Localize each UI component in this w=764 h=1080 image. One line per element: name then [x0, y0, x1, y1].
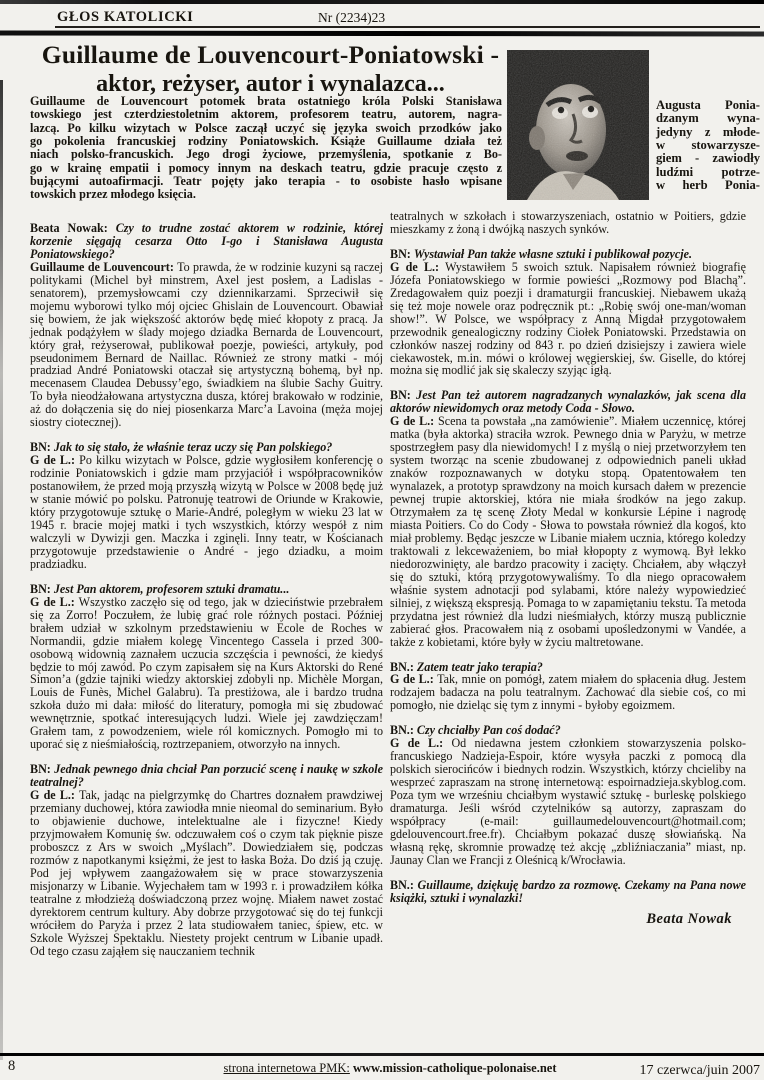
interview-right-column: teatralnych w szkołach i stowarzyszeniac… [390, 210, 746, 926]
answer-text: Scena ta powstała „na zamówienie”. Miałe… [390, 414, 746, 648]
masthead-title: GŁOS KATOLICKI [57, 9, 193, 26]
question-speaker: BN.: [390, 660, 414, 674]
question-speaker: BN.: [390, 878, 414, 892]
answer-text: Tak, mnie on pomógł, zatem miałem do spł… [390, 672, 746, 712]
answer-5: G de L.: Wystawiłem 5 swoich sztuk. Napi… [390, 261, 746, 378]
answer-speaker: G de L.: [30, 453, 75, 467]
newspaper-page: GŁOS KATOLICKI Nr (2234)23 Guillaume de … [0, 0, 764, 1080]
footer-rule [0, 1053, 764, 1056]
question-text: Guillaume, dziękuję bardzo za rozmowę. C… [390, 878, 746, 905]
answer-speaker: Guillaume de Louvencourt: [30, 260, 174, 274]
question-speaker: BN: [390, 247, 411, 261]
photo-caption: Augusta Ponia- dzanym wyna- jedyny z mło… [656, 99, 760, 192]
scan-artifact-left-edge [0, 80, 3, 1060]
answer-text: teatralnych w szkołach i stowarzyszeniac… [390, 209, 746, 236]
intro-paragraph-last-line: towskich przez młodego księcia. [30, 188, 502, 201]
question-text: Wystawiał Pan także własne sztuki i publ… [414, 247, 692, 261]
answer-3: G de L.: Wszystko zaczęło się od tego, j… [30, 596, 383, 751]
answer-1: Guillaume de Louvencourt: To prawda, że … [30, 261, 383, 429]
question-speaker: BN.: [390, 723, 414, 737]
footer-website: strona internetowa PMK: www.mission-cath… [180, 1061, 600, 1076]
answer-2: G de L.: Po kilku wizytach w Polsce, gdz… [30, 454, 383, 571]
answer-4: G de L.: Tak, jadąc na pielgrzymkę do Ch… [30, 789, 383, 957]
question-text: Jest Pan aktorem, profesorem sztuki dram… [54, 582, 290, 596]
intro-paragraph: Guillaume de Louvencourt potomek brata o… [30, 95, 502, 188]
answer-6: G de L.: Scena ta powstała „na zamówieni… [390, 415, 746, 648]
answer-speaker: G de L.: [390, 736, 443, 750]
question-speaker: Beata Nowak: [30, 221, 108, 235]
answer-speaker: G de L.: [390, 672, 434, 686]
interviewer-signature: Beata Nowak [390, 913, 746, 926]
answer-4-continuation: teatralnych w szkołach i stowarzyszeniac… [390, 210, 746, 236]
question-speaker: BN: [30, 582, 51, 596]
question-text: Czy chciałby Pan coś dodać? [417, 723, 561, 737]
footer-date: 17 czerwca/juin 2007 [639, 1063, 760, 1079]
footer-site-url: www.mission-catholique-polonaise.net [353, 1061, 557, 1075]
answer-speaker: G de L.: [30, 595, 75, 609]
question-text: Jak to się stało, że właśnie teraz uczy … [54, 440, 333, 454]
portrait-photo [507, 50, 649, 200]
question-text: Zatem teatr jako terapia? [417, 660, 543, 674]
issue-number: Nr (2234)23 [318, 10, 385, 26]
header-rule-thin [55, 26, 760, 28]
question-text: Jest Pan też autorem nagradzanych wynala… [390, 388, 746, 415]
scan-artifact-top-bar [0, 0, 764, 4]
answer-text: Po kilku wizytach w Polsce, gdzie wygłos… [30, 453, 383, 571]
question-1: Beata Nowak: Czy to trudne zostać aktore… [30, 222, 383, 261]
answer-text: To prawda, że w rodzinie kuzyni są racze… [30, 260, 383, 429]
question-text: Jednak pewnego dnia chciał Pan porzucić … [30, 762, 383, 789]
answer-speaker: G de L.: [390, 260, 439, 274]
interview-left-column: Beata Nowak: Czy to trudne zostać aktore… [30, 210, 383, 957]
answer-text: Wszystko zaczęło się od tego, jak w dzie… [30, 595, 383, 751]
answer-text: Od niedawna jestem członkiem stowarzysze… [390, 736, 746, 867]
question-9: BN.: Guillaume, dziękuję bardzo za rozmo… [390, 879, 746, 905]
answer-8: G de L.: Od niedawna jestem członkiem st… [390, 737, 746, 867]
answer-speaker: G de L.: [390, 414, 434, 428]
article-title: Guillaume de Louvencourt-Poniatowski - a… [28, 40, 513, 99]
question-speaker: BN: [30, 440, 51, 454]
article-title-line-1: Guillaume de Louvencourt-Poniatowski - [28, 40, 513, 70]
answer-7: G de L.: Tak, mnie on pomógł, zatem miał… [390, 673, 746, 712]
header-rule-thick [0, 30, 764, 36]
question-speaker: BN: [390, 388, 411, 402]
page-number: 8 [8, 1058, 15, 1075]
question-6: BN: Jest Pan też autorem nagradzanych wy… [390, 389, 746, 415]
footer-site-label: strona internetowa PMK: [224, 1061, 350, 1075]
question-speaker: BN: [30, 762, 51, 776]
answer-speaker: G de L.: [30, 788, 75, 802]
answer-text: Wystawiłem 5 swoich sztuk. Napisałem rów… [390, 260, 746, 378]
question-4: BN: Jednak pewnego dnia chciał Pan porzu… [30, 763, 383, 789]
answer-text: Tak, jadąc na pielgrzymkę do Chartres do… [30, 788, 383, 957]
